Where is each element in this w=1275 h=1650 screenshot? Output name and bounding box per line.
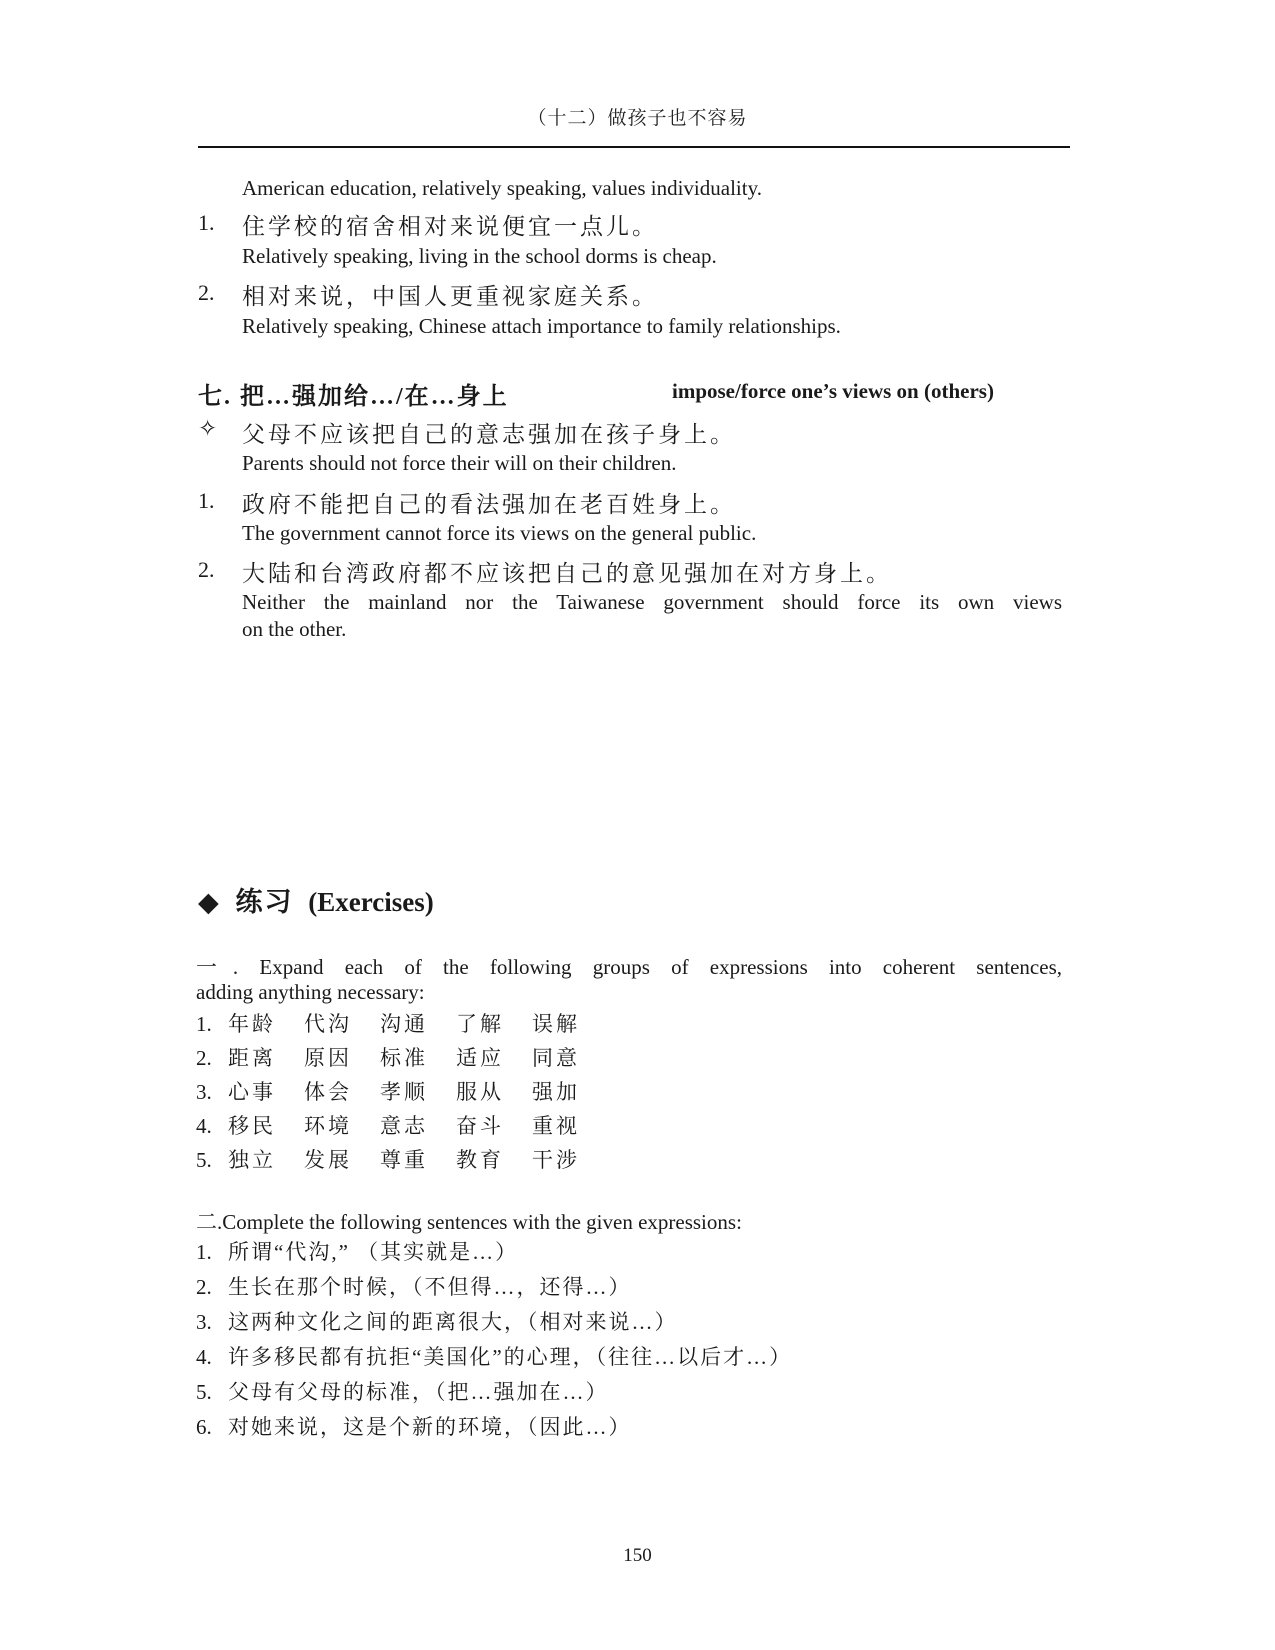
running-header-title: （十二）做孩子也不容易 [0, 103, 1275, 130]
example-marker-icon: ✧ [198, 416, 217, 442]
example-sentence-zh: 相对来说，中国人更重视家庭关系。 [242, 278, 658, 311]
example-sentence-zh: 大陆和台湾政府都不应该把自己的意见强加在对方身上。 [242, 555, 892, 588]
exercise-one-row: 5.独立发展尊重教育干涉 [196, 1144, 608, 1174]
exercise-two-label: 二. [196, 1210, 222, 1234]
example-sentence-zh: 父母不应该把自己的意志强加在孩子身上。 [242, 416, 736, 449]
exercise-one-row: 1.年龄代沟沟通了解误解 [196, 1008, 608, 1038]
exercise-two-item: 4.许多移民都有抗拒“美国化”的心理，（往往…以后才…） [196, 1341, 792, 1371]
exercise-one-row: 3.心事体会孝顺服从强加 [196, 1076, 608, 1106]
header-divider [198, 146, 1070, 148]
exercise-two-item: 1.所谓“代沟,” （其实就是…） [196, 1236, 518, 1266]
item-number: 2. [198, 557, 215, 583]
example-sentence-zh: 住学校的宿舍相对来说便宜一点儿。 [242, 208, 658, 241]
example-translation: Parents should not force their will on t… [242, 451, 676, 476]
exercises-heading: ◆ 练习 (Exercises) [198, 880, 434, 919]
exercises-title-zh: 练习 [236, 887, 294, 917]
exercise-two-item: 5.父母有父母的标准，（把…强加在…） [196, 1376, 609, 1406]
page-number: 150 [0, 1545, 1275, 1567]
grammar-pattern-heading: 七. 把…强加给…/在…身上 [198, 376, 509, 411]
example-translation: Neither the mainland nor the Taiwanese g… [242, 590, 1062, 615]
exercise-one-instruction: 一. Expand each of the following groups o… [196, 951, 1062, 981]
exercise-one-label: 一. [196, 955, 238, 979]
example-translation: The government cannot force its views on… [242, 521, 756, 546]
exercise-two-item: 3.这两种文化之间的距离很大，（相对来说…） [196, 1306, 678, 1336]
exercise-two-item: 6.对她来说，这是个新的环境，（因此…） [196, 1411, 632, 1441]
item-number: 2. [198, 280, 215, 306]
item-number: 1. [198, 488, 215, 514]
example-translation: Relatively speaking, Chinese attach impo… [242, 314, 841, 339]
item-number: 1. [198, 210, 215, 236]
example-sentence-zh: 政府不能把自己的看法强加在老百姓身上。 [242, 486, 736, 519]
exercise-two-item: 2.生长在那个时候，（不但得…，还得…） [196, 1271, 632, 1301]
exercise-two-instruction: 二.Complete the following sentences with … [196, 1206, 742, 1236]
exercise-one-row: 4.移民环境意志奋斗重视 [196, 1110, 608, 1140]
example-translation-continued: on the other. [242, 617, 346, 642]
exercises-title-en: (Exercises) [308, 887, 433, 917]
example-translation: American education, relatively speaking,… [242, 176, 762, 201]
grammar-pattern-meaning: impose/force one’s views on (others) [672, 379, 994, 404]
exercise-one-instruction-continued: adding anything necessary: [196, 980, 425, 1005]
exercise-one-row: 2.距离原因标准适应同意 [196, 1042, 608, 1072]
example-translation: Relatively speaking, living in the schoo… [242, 244, 717, 269]
diamond-bullet-icon: ◆ [198, 887, 219, 917]
